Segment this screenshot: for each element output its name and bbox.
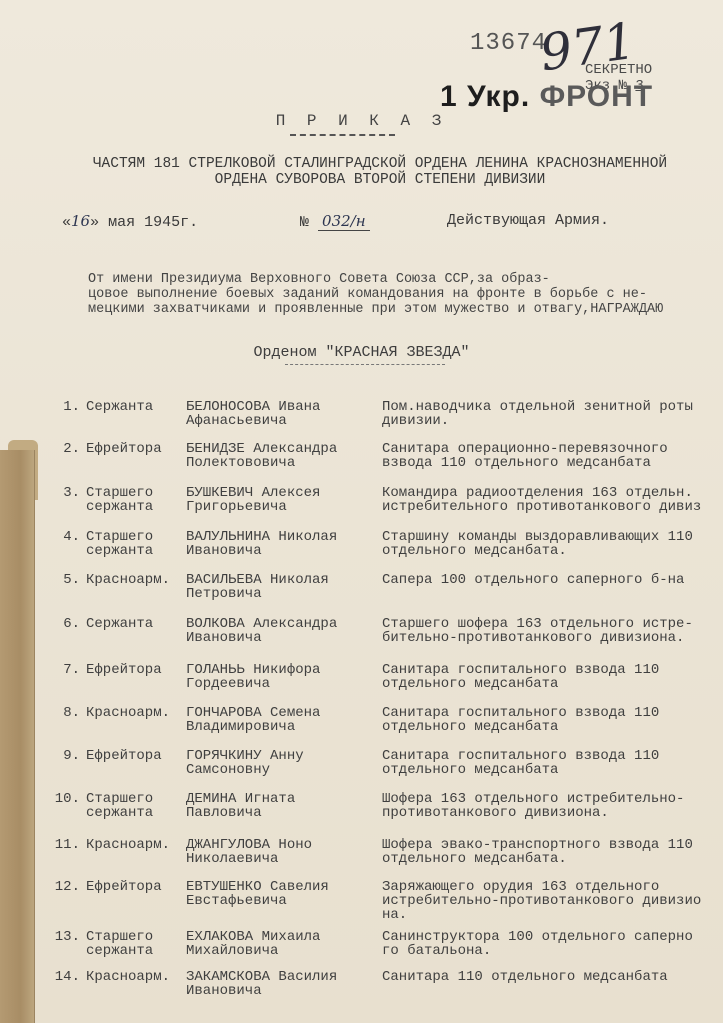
award-underline (285, 364, 445, 365)
binding-tape (0, 450, 35, 1023)
subtitle-line-1: ЧАСТЯМ 181 СТРЕЛКОВОЙ СТАЛИНГРАДСКОЙ ОРД… (60, 156, 700, 172)
date-day: 16 (71, 212, 90, 230)
front-stamp: 1 Укр. ФРОНТ (440, 80, 653, 114)
front-stamp-faded: ФРОНТ (540, 80, 654, 113)
classification-label: СЕКРЕТНО (585, 62, 652, 78)
subtitle-line-2: ОРДЕНА СУВОРОВА ВТОРОЙ СТЕПЕНИ ДИВИЗИИ (60, 172, 700, 188)
date: «16» мая 1945г. (62, 212, 198, 231)
order-number: № 032/н (300, 212, 370, 231)
document-page: 13674 971 СЕКРЕТНО Экз.№ 3 1 Укр. ФРОНТ … (0, 0, 723, 1023)
title-underline (290, 134, 395, 136)
award-heading: Орденом "КРАСНАЯ ЗВЕЗДА" (0, 344, 723, 361)
preamble-text: От имени Президиума Верховного Совета Со… (88, 272, 723, 317)
front-stamp-bold: 1 Укр. (440, 80, 530, 113)
document-title: П Р И К А З (0, 112, 723, 130)
archive-number-stamp: 13674 (470, 30, 547, 57)
location: Действующая Армия. (447, 212, 609, 229)
order-number-value: 032/н (318, 212, 370, 231)
document-subtitle: ЧАСТЯМ 181 СТРЕЛКОВОЙ СТАЛИНГРАДСКОЙ ОРД… (60, 156, 700, 188)
date-month-year: мая 1945г. (108, 214, 198, 231)
